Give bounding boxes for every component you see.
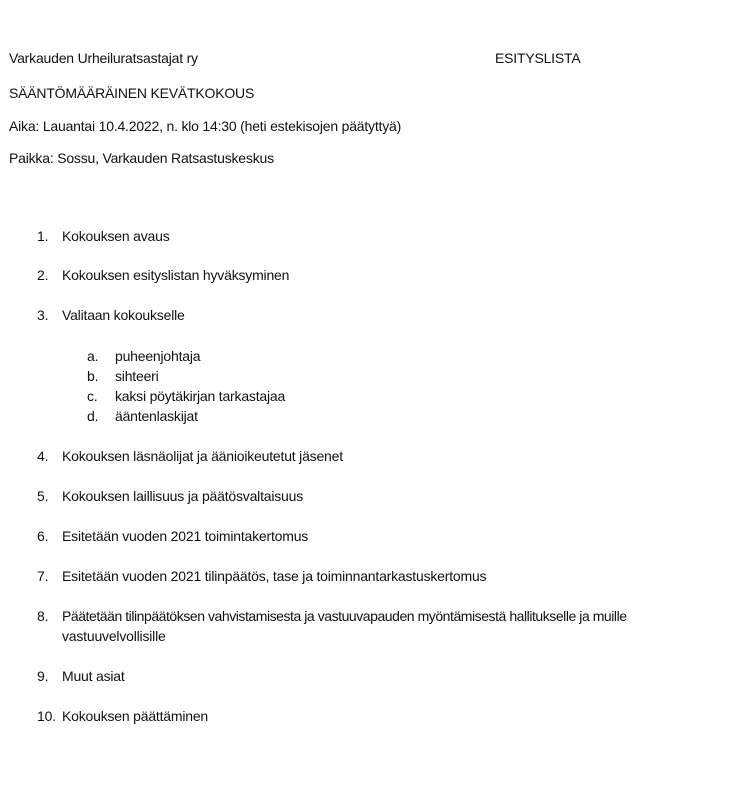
agenda-subitem-letter: a.: [87, 348, 98, 364]
agenda-item-text: Kokouksen laillisuus ja päätösvaltaisuus: [62, 488, 303, 504]
agenda-item-number: 10.: [37, 708, 56, 724]
agenda-item-number: 9.: [37, 668, 48, 684]
agenda-item-text: Esitetään vuoden 2021 tilinpäätös, tase …: [62, 568, 486, 584]
agenda-subitem-letter: d.: [87, 408, 98, 424]
meeting-time: Aika: Lauantai 10.4.2022, n. klo 14:30 (…: [9, 118, 401, 134]
agenda-item-text: Esitetään vuoden 2021 toimintakertomus: [62, 528, 308, 544]
meeting-place: Paikka: Sossu, Varkauden Ratsastuskeskus: [9, 150, 274, 166]
agenda-item-text: Muut asiat: [62, 668, 125, 684]
agenda-item-number: 8.: [37, 608, 48, 624]
agenda-item-number: 6.: [37, 528, 48, 544]
agenda-item-number: 4.: [37, 448, 48, 464]
agenda-item-number: 1.: [37, 228, 48, 244]
agenda-item-text: Valitaan kokoukselle: [62, 307, 185, 323]
agenda-item-number: 7.: [37, 568, 48, 584]
agenda-subitem-text: puheenjohtaja: [115, 348, 200, 364]
agenda-subitem-text: sihteeri: [115, 368, 159, 384]
agenda-subitem-text: kaksi pöytäkirjan tarkastajaa: [115, 388, 285, 404]
agenda-item-number: 2.: [37, 267, 48, 283]
organization-name: Varkauden Urheiluratsastajat ry: [9, 50, 198, 66]
agenda-subitem-letter: b.: [87, 368, 98, 384]
document-type: ESITYSLISTA: [495, 50, 580, 66]
agenda-subitem-letter: c.: [87, 388, 98, 404]
agenda-item-text: Kokouksen esityslistan hyväksyminen: [62, 267, 289, 283]
agenda-item-text: Kokouksen päättäminen: [62, 708, 208, 724]
agenda-item-text: Kokouksen läsnäolijat ja äänioikeutetut …: [62, 448, 343, 464]
meeting-title: SÄÄNTÖMÄÄRÄINEN KEVÄTKOKOUS: [9, 85, 254, 101]
agenda-item-number: 5.: [37, 488, 48, 504]
agenda-item-number: 3.: [37, 307, 48, 323]
agenda-item-text: vastuuvelvollisille: [62, 628, 166, 644]
agenda-subitem-text: ääntenlaskijat: [115, 408, 198, 424]
agenda-item-text: Kokouksen avaus: [62, 228, 170, 244]
agenda-item-text: Päätetään tilinpäätöksen vahvistamisesta…: [62, 608, 627, 624]
